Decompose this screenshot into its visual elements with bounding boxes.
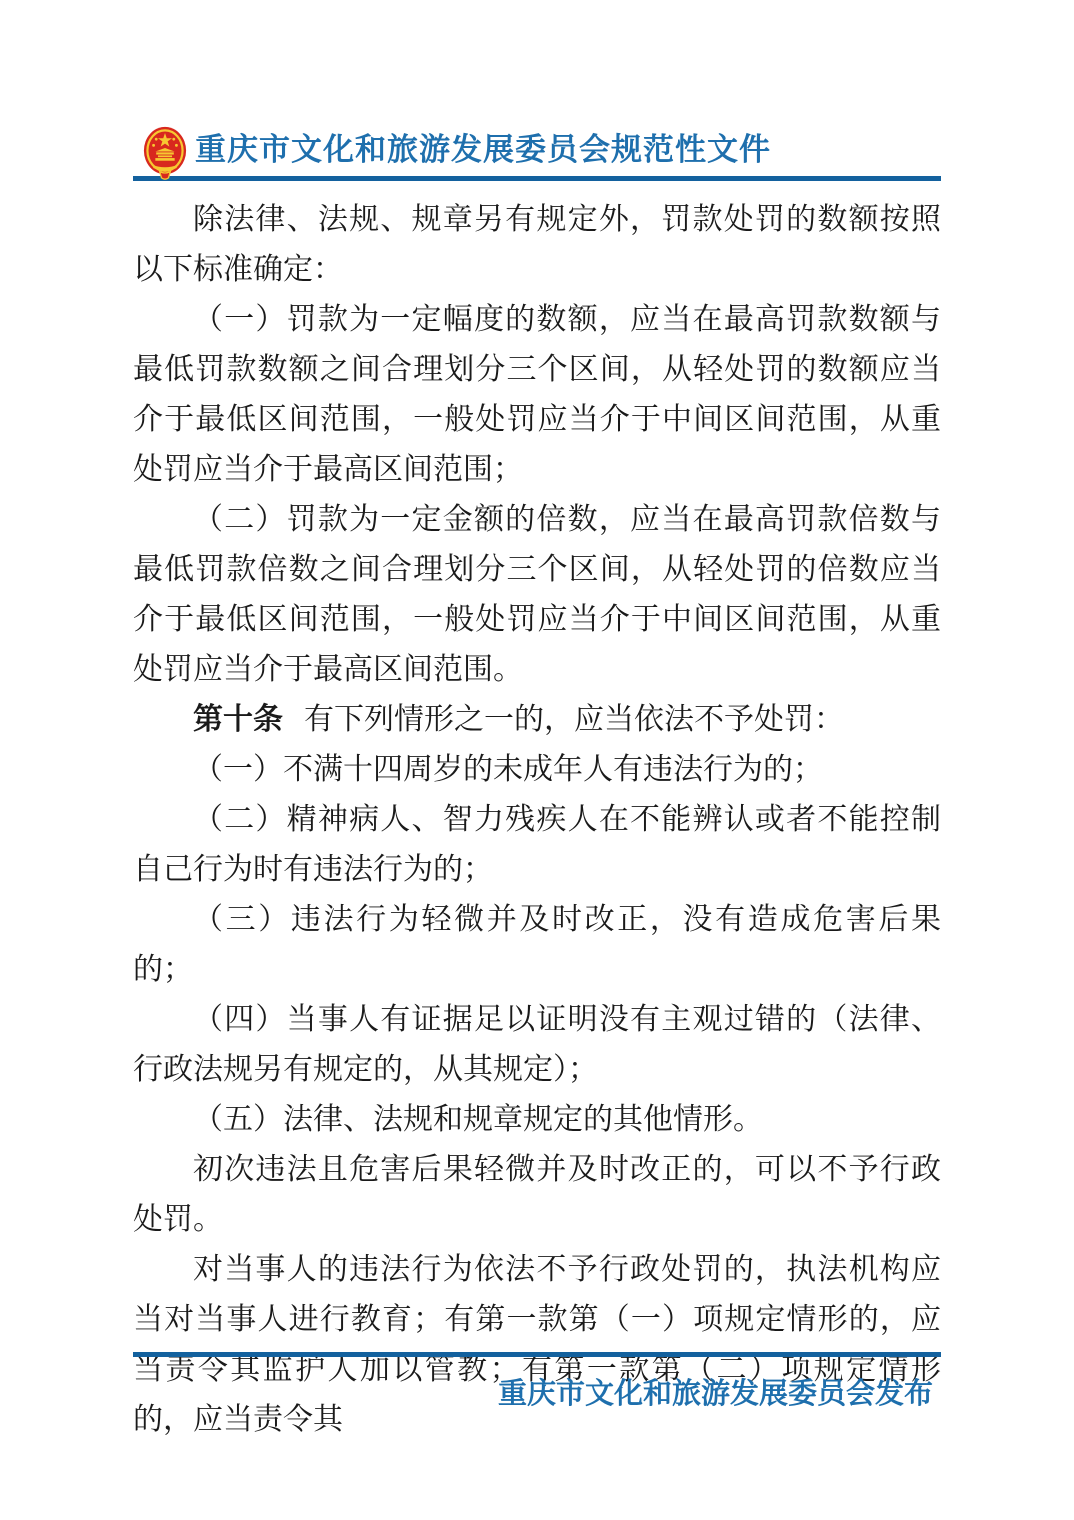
document-body: 除法律、法规、规章另有规定外，罚款处罚的数额按照以下标准确定： （一）罚款为一定… — [133, 183, 941, 1445]
document-page: 重庆市文化和旅游发展委员会规范性文件 除法律、法规、规章另有规定外，罚款处罚的数… — [0, 0, 1074, 1520]
paragraph-article-10: 第十条有下列情形之一的，应当依法不予处罚： — [133, 695, 941, 745]
paragraph-item-2-multiple-range: （二）罚款为一定金额的倍数，应当在最高罚款倍数与最低罚款倍数之间合理划分三个区间… — [133, 495, 941, 695]
paragraph-fine-standard-intro: 除法律、法规、规章另有规定外，罚款处罚的数额按照以下标准确定： — [133, 195, 941, 295]
paragraph-item-4-no-fault: （四）当事人有证据足以证明没有主观过错的（法律、行政法规另有规定的，从其规定）； — [133, 995, 941, 1095]
paragraph-item-5-other: （五）法律、法规和规章规定的其他情形。 — [133, 1095, 941, 1145]
paragraph-item-1-under-14: （一）不满十四周岁的未成年人有违法行为的； — [133, 745, 941, 795]
header-title: 重庆市文化和旅游发展委员会规范性文件 — [195, 124, 941, 176]
article-10-text: 有下列情形之一的，应当依法不予处罚： — [304, 703, 844, 736]
article-number: 第十条 — [193, 703, 283, 736]
national-emblem-icon — [143, 126, 187, 184]
paragraph-item-3-minor-violation: （三）违法行为轻微并及时改正，没有造成危害后果的； — [133, 895, 941, 995]
document-header: 重庆市文化和旅游发展委员会规范性文件 — [133, 124, 941, 181]
publisher-label: 重庆市文化和旅游发展委员会发布 — [498, 1378, 933, 1410]
footer-divider — [133, 1352, 941, 1357]
paragraph-first-violation: 初次违法且危害后果轻微并及时改正的，可以不予行政处罚。 — [133, 1145, 941, 1245]
document-footer: 重庆市文化和旅游发展委员会发布 — [133, 1372, 941, 1416]
paragraph-item-1-amount-range: （一）罚款为一定幅度的数额，应当在最高罚款数额与最低罚款数额之间合理划分三个区间… — [133, 295, 941, 495]
paragraph-item-2-mental: （二）精神病人、智力残疾人在不能辨认或者不能控制自己行为时有违法行为的； — [133, 795, 941, 895]
